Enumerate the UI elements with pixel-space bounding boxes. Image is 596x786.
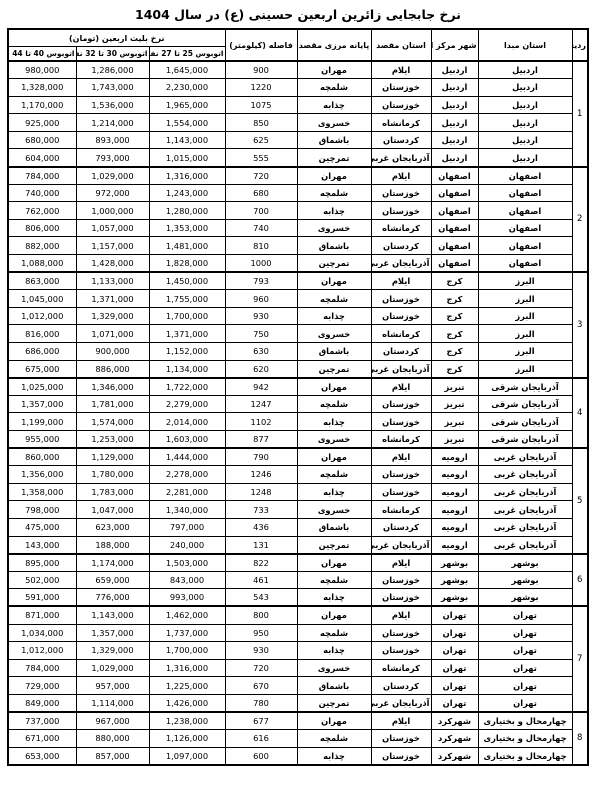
price-25-27-cell: 1,126,000 xyxy=(149,730,225,748)
price-40-44-cell: 1,328,000 xyxy=(8,79,76,97)
price-25-27-cell: 1,828,000 xyxy=(149,255,225,273)
price-25-27-cell: 993,000 xyxy=(149,589,225,607)
center-city-cell: بوشهر xyxy=(431,589,478,607)
border-terminal-cell: تمرچین xyxy=(297,536,371,554)
border-terminal-cell: شلمچه xyxy=(297,624,371,642)
price-30-32-cell: 1,129,000 xyxy=(76,448,149,466)
distance-cell: 1000 xyxy=(225,255,297,273)
table-row: چهارمحال و بختیاریشهرکردخوزستانچذابه6001… xyxy=(8,747,588,765)
dest-province-cell: خوزستان xyxy=(371,202,431,220)
price-25-27-cell: 1,280,000 xyxy=(149,202,225,220)
center-city-cell: اردبیل xyxy=(431,131,478,149)
dest-province-cell: خوزستان xyxy=(371,413,431,431)
price-25-27-cell: 1,700,000 xyxy=(149,642,225,660)
distance-cell: 680 xyxy=(225,184,297,202)
origin-province-cell: اصفهان xyxy=(478,184,572,202)
origin-province-cell: تهران xyxy=(478,677,572,695)
origin-province-cell: البرز xyxy=(478,290,572,308)
price-25-27-cell: 1,225,000 xyxy=(149,677,225,695)
border-terminal-cell: تمرچین xyxy=(297,255,371,273)
distance-cell: 555 xyxy=(225,149,297,167)
price-30-32-cell: 1,286,000 xyxy=(76,61,149,79)
price-30-32-cell: 893,000 xyxy=(76,131,149,149)
price-40-44-cell: 1,025,000 xyxy=(8,378,76,396)
origin-province-cell: البرز xyxy=(478,360,572,378)
price-25-27-cell: 1,755,000 xyxy=(149,290,225,308)
row-number-cell: 8 xyxy=(572,712,588,765)
price-40-44-cell: 871,000 xyxy=(8,606,76,624)
distance-cell: 677 xyxy=(225,712,297,730)
distance-cell: 850 xyxy=(225,114,297,132)
border-terminal-cell: باشماق xyxy=(297,677,371,695)
table-row: آذربایجان شرقیتبریزخوزستانچذابه11022,014… xyxy=(8,413,588,431)
distance-cell: 1247 xyxy=(225,395,297,413)
origin-province-cell: تهران xyxy=(478,659,572,677)
price-25-27-cell: 797,000 xyxy=(149,518,225,536)
dest-province-cell: آذربایجان غربی xyxy=(371,255,431,273)
price-25-27-cell: 1,353,000 xyxy=(149,219,225,237)
header-border-terminal: پایانه مرزی مقصد xyxy=(297,29,371,61)
price-30-32-cell: 1,214,000 xyxy=(76,114,149,132)
border-terminal-cell: شلمچه xyxy=(297,290,371,308)
distance-cell: 780 xyxy=(225,694,297,712)
dest-province-cell: کردستان xyxy=(371,343,431,361)
border-terminal-cell: شلمچه xyxy=(297,79,371,97)
table-row: آذربایجان غربیارومیهکردستانباشماق436797,… xyxy=(8,518,588,536)
dest-province-cell: ایلام xyxy=(371,712,431,730)
border-terminal-cell: مهران xyxy=(297,554,371,572)
center-city-cell: اردبیل xyxy=(431,149,478,167)
center-city-cell: شهرکرد xyxy=(431,747,478,765)
border-terminal-cell: شلمچه xyxy=(297,395,371,413)
dest-province-cell: ایلام xyxy=(371,606,431,624)
price-25-27-cell: 1,134,000 xyxy=(149,360,225,378)
table-row: آذربایجان شرقیتبریزخوزستانشلمچه12472,279… xyxy=(8,395,588,413)
dest-province-cell: خوزستان xyxy=(371,307,431,325)
price-25-27-cell: 1,737,000 xyxy=(149,624,225,642)
origin-province-cell: اردبیل xyxy=(478,149,572,167)
center-city-cell: ارومیه xyxy=(431,466,478,484)
price-30-32-cell: 880,000 xyxy=(76,730,149,748)
origin-province-cell: چهارمحال و بختیاری xyxy=(478,730,572,748)
origin-province-cell: اردبیل xyxy=(478,61,572,79)
price-25-27-cell: 1,097,000 xyxy=(149,747,225,765)
row-number-cell: 3 xyxy=(572,272,588,378)
price-30-32-cell: 972,000 xyxy=(76,184,149,202)
distance-cell: 630 xyxy=(225,343,297,361)
dest-province-cell: کرمانشاه xyxy=(371,430,431,448)
row-number-cell: 4 xyxy=(572,378,588,448)
price-30-32-cell: 1,157,000 xyxy=(76,237,149,255)
dest-province-cell: ایلام xyxy=(371,272,431,290)
table-row: تهرانتهرانآذربایجان غربیتمرچین7801,426,0… xyxy=(8,694,588,712)
dest-province-cell: خوزستان xyxy=(371,730,431,748)
center-city-cell: تهران xyxy=(431,659,478,677)
center-city-cell: تبریز xyxy=(431,430,478,448)
border-terminal-cell: باشماق xyxy=(297,518,371,536)
center-city-cell: تبریز xyxy=(431,413,478,431)
table-row: آذربایجان شرقیتبریزکرمانشاهخسروی8771,603… xyxy=(8,430,588,448)
center-city-cell: کرج xyxy=(431,272,478,290)
distance-cell: 600 xyxy=(225,747,297,765)
price-30-32-cell: 857,000 xyxy=(76,747,149,765)
price-30-32-cell: 1,057,000 xyxy=(76,219,149,237)
distance-cell: 877 xyxy=(225,430,297,448)
border-terminal-cell: مهران xyxy=(297,606,371,624)
origin-province-cell: اصفهان xyxy=(478,167,572,185)
origin-province-cell: البرز xyxy=(478,272,572,290)
border-terminal-cell: باشماق xyxy=(297,131,371,149)
dest-province-cell: ایلام xyxy=(371,61,431,79)
table-row: اصفهاناصفهانخوزستانچذابه7001,280,0001,00… xyxy=(8,202,588,220)
table-row: البرزکرجکرمانشاهخسروی7501,371,0001,071,0… xyxy=(8,325,588,343)
price-30-32-cell: 1,047,000 xyxy=(76,501,149,519)
distance-cell: 543 xyxy=(225,589,297,607)
center-city-cell: اصفهان xyxy=(431,237,478,255)
center-city-cell: ارومیه xyxy=(431,448,478,466)
center-city-cell: ارومیه xyxy=(431,501,478,519)
border-terminal-cell: چذابه xyxy=(297,483,371,501)
border-terminal-cell: مهران xyxy=(297,448,371,466)
header-distance: فاصله (کیلومتر) xyxy=(225,29,297,61)
center-city-cell: بوشهر xyxy=(431,554,478,572)
distance-cell: 800 xyxy=(225,606,297,624)
price-40-44-cell: 1,170,000 xyxy=(8,96,76,114)
table-row: 2اصفهاناصفهانایلاممهران7201,316,0001,029… xyxy=(8,167,588,185)
price-25-27-cell: 2,281,000 xyxy=(149,483,225,501)
center-city-cell: تهران xyxy=(431,694,478,712)
distance-cell: 1102 xyxy=(225,413,297,431)
table-row: اردبیلاردبیلخوزستانچذابه10751,965,0001,5… xyxy=(8,96,588,114)
distance-cell: 930 xyxy=(225,307,297,325)
distance-cell: 822 xyxy=(225,554,297,572)
center-city-cell: اصفهان xyxy=(431,184,478,202)
price-25-27-cell: 1,503,000 xyxy=(149,554,225,572)
price-30-32-cell: 1,029,000 xyxy=(76,167,149,185)
center-city-cell: ارومیه xyxy=(431,483,478,501)
price-40-44-cell: 798,000 xyxy=(8,501,76,519)
dest-province-cell: کردستان xyxy=(371,677,431,695)
dest-province-cell: خوزستان xyxy=(371,290,431,308)
row-number-cell: 1 xyxy=(572,61,588,167)
price-30-32-cell: 1,329,000 xyxy=(76,307,149,325)
origin-province-cell: البرز xyxy=(478,343,572,361)
header-center-city: شهر مرکز استان xyxy=(431,29,478,61)
center-city-cell: اردبیل xyxy=(431,79,478,97)
price-40-44-cell: 653,000 xyxy=(8,747,76,765)
price-30-32-cell: 1,029,000 xyxy=(76,659,149,677)
border-terminal-cell: خسروی xyxy=(297,325,371,343)
price-25-27-cell: 2,230,000 xyxy=(149,79,225,97)
header-origin-province: استان مبدا xyxy=(478,29,572,61)
price-40-44-cell: 143,000 xyxy=(8,536,76,554)
center-city-cell: تبریز xyxy=(431,395,478,413)
dest-province-cell: آذربایجان غربی xyxy=(371,536,431,554)
dest-province-cell: خوزستان xyxy=(371,184,431,202)
origin-province-cell: اردبیل xyxy=(478,79,572,97)
center-city-cell: تهران xyxy=(431,677,478,695)
dest-province-cell: ایلام xyxy=(371,448,431,466)
price-40-44-cell: 591,000 xyxy=(8,589,76,607)
border-terminal-cell: شلمچه xyxy=(297,730,371,748)
origin-province-cell: تهران xyxy=(478,694,572,712)
price-30-32-cell: 1,428,000 xyxy=(76,255,149,273)
price-40-44-cell: 686,000 xyxy=(8,343,76,361)
distance-cell: 790 xyxy=(225,448,297,466)
price-25-27-cell: 240,000 xyxy=(149,536,225,554)
price-25-27-cell: 1,645,000 xyxy=(149,61,225,79)
distance-cell: 750 xyxy=(225,325,297,343)
dest-province-cell: کردستان xyxy=(371,518,431,536)
table-row: تهرانتهرانکرمانشاهخسروی7201,316,0001,029… xyxy=(8,659,588,677)
table-row: 1اردبیلاردبیلایلاممهران9001,645,0001,286… xyxy=(8,61,588,79)
origin-province-cell: اصفهان xyxy=(478,219,572,237)
dest-province-cell: ایلام xyxy=(371,167,431,185)
price-40-44-cell: 1,358,000 xyxy=(8,483,76,501)
border-terminal-cell: خسروی xyxy=(297,219,371,237)
price-25-27-cell: 2,014,000 xyxy=(149,413,225,431)
price-30-32-cell: 623,000 xyxy=(76,518,149,536)
dest-province-cell: خوزستان xyxy=(371,79,431,97)
border-terminal-cell: چذابه xyxy=(297,413,371,431)
price-40-44-cell: 729,000 xyxy=(8,677,76,695)
center-city-cell: ارومیه xyxy=(431,536,478,554)
price-40-44-cell: 502,000 xyxy=(8,571,76,589)
price-40-44-cell: 863,000 xyxy=(8,272,76,290)
distance-cell: 625 xyxy=(225,131,297,149)
table-row: 8چهارمحال و بختیاریشهرکردایلاممهران6771,… xyxy=(8,712,588,730)
dest-province-cell: کردستان xyxy=(371,131,431,149)
center-city-cell: کرج xyxy=(431,307,478,325)
price-40-44-cell: 925,000 xyxy=(8,114,76,132)
origin-province-cell: اردبیل xyxy=(478,114,572,132)
row-number-cell: 7 xyxy=(572,606,588,712)
origin-province-cell: تهران xyxy=(478,642,572,660)
price-25-27-cell: 1,603,000 xyxy=(149,430,225,448)
price-25-27-cell: 1,143,000 xyxy=(149,131,225,149)
row-number-cell: 6 xyxy=(572,554,588,607)
dest-province-cell: آذربایجان غربی xyxy=(371,360,431,378)
center-city-cell: اصفهان xyxy=(431,202,478,220)
center-city-cell: اصفهان xyxy=(431,255,478,273)
price-25-27-cell: 1,965,000 xyxy=(149,96,225,114)
table-row: 6بوشهربوشهرایلاممهران8221,503,0001,174,0… xyxy=(8,554,588,572)
table-row: چهارمحال و بختیاریشهرکردخوزستانشلمچه6161… xyxy=(8,730,588,748)
table-body: 1اردبیلاردبیلایلاممهران9001,645,0001,286… xyxy=(8,61,588,765)
center-city-cell: اردبیل xyxy=(431,61,478,79)
dest-province-cell: خوزستان xyxy=(371,483,431,501)
border-terminal-cell: خسروی xyxy=(297,501,371,519)
border-terminal-cell: خسروی xyxy=(297,114,371,132)
distance-cell: 1220 xyxy=(225,79,297,97)
price-40-44-cell: 882,000 xyxy=(8,237,76,255)
price-25-27-cell: 1,371,000 xyxy=(149,325,225,343)
price-40-44-cell: 604,000 xyxy=(8,149,76,167)
dest-province-cell: خوزستان xyxy=(371,642,431,660)
price-30-32-cell: 1,174,000 xyxy=(76,554,149,572)
price-25-27-cell: 1,316,000 xyxy=(149,659,225,677)
distance-cell: 720 xyxy=(225,659,297,677)
page-title: نرخ جابجایی زائرین اربعین حسینی (ع) در س… xyxy=(0,0,596,28)
price-40-44-cell: 1,088,000 xyxy=(8,255,76,273)
dest-province-cell: کردستان xyxy=(371,237,431,255)
row-number-cell: 5 xyxy=(572,448,588,554)
origin-province-cell: تهران xyxy=(478,606,572,624)
row-number-cell: 2 xyxy=(572,167,588,273)
price-30-32-cell: 1,346,000 xyxy=(76,378,149,396)
price-30-32-cell: 1,253,000 xyxy=(76,430,149,448)
price-30-32-cell: 1,071,000 xyxy=(76,325,149,343)
price-30-32-cell: 793,000 xyxy=(76,149,149,167)
origin-province-cell: اردبیل xyxy=(478,131,572,149)
price-25-27-cell: 2,278,000 xyxy=(149,466,225,484)
center-city-cell: کرج xyxy=(431,290,478,308)
price-30-32-cell: 1,329,000 xyxy=(76,642,149,660)
table-row: اردبیلاردبیلکرمانشاهخسروی8501,554,0001,2… xyxy=(8,114,588,132)
distance-cell: 793 xyxy=(225,272,297,290)
price-25-27-cell: 1,316,000 xyxy=(149,167,225,185)
border-terminal-cell: چذابه xyxy=(297,747,371,765)
border-terminal-cell: خسروی xyxy=(297,659,371,677)
distance-cell: 950 xyxy=(225,624,297,642)
dest-province-cell: خوزستان xyxy=(371,589,431,607)
origin-province-cell: آذربایجان غربی xyxy=(478,466,572,484)
price-40-44-cell: 980,000 xyxy=(8,61,76,79)
distance-cell: 810 xyxy=(225,237,297,255)
border-terminal-cell: شلمچه xyxy=(297,466,371,484)
center-city-cell: تهران xyxy=(431,606,478,624)
border-terminal-cell: باشماق xyxy=(297,237,371,255)
distance-cell: 131 xyxy=(225,536,297,554)
table-row: اردبیلاردبیلآذربایجان غربیتمرچین5551,015… xyxy=(8,149,588,167)
origin-province-cell: آذربایجان غربی xyxy=(478,501,572,519)
distance-cell: 620 xyxy=(225,360,297,378)
center-city-cell: اصفهان xyxy=(431,167,478,185)
price-25-27-cell: 843,000 xyxy=(149,571,225,589)
center-city-cell: اردبیل xyxy=(431,96,478,114)
dest-province-cell: کرمانشاه xyxy=(371,501,431,519)
header-row-main: ردیف استان مبدا شهر مرکز استان استان مقص… xyxy=(8,29,588,47)
price-25-27-cell: 1,554,000 xyxy=(149,114,225,132)
dest-province-cell: کرمانشاه xyxy=(371,325,431,343)
origin-province-cell: آذربایجان غربی xyxy=(478,536,572,554)
border-terminal-cell: چذابه xyxy=(297,642,371,660)
price-40-44-cell: 671,000 xyxy=(8,730,76,748)
price-25-27-cell: 2,279,000 xyxy=(149,395,225,413)
table-row: البرزکرجکردستانباشماق6301,152,000900,000… xyxy=(8,343,588,361)
center-city-cell: اصفهان xyxy=(431,219,478,237)
border-terminal-cell: چذابه xyxy=(297,589,371,607)
table-row: تهرانتهرانکردستانباشماق6701,225,000957,0… xyxy=(8,677,588,695)
header-bus-30-32: اتوبوس 30 تا 32 نفره xyxy=(76,47,149,62)
origin-province-cell: آذربایجان شرقی xyxy=(478,378,572,396)
border-terminal-cell: مهران xyxy=(297,712,371,730)
distance-cell: 1075 xyxy=(225,96,297,114)
origin-province-cell: اصفهان xyxy=(478,237,572,255)
price-25-27-cell: 1,444,000 xyxy=(149,448,225,466)
price-40-44-cell: 762,000 xyxy=(8,202,76,220)
price-30-32-cell: 1,574,000 xyxy=(76,413,149,431)
price-40-44-cell: 1,357,000 xyxy=(8,395,76,413)
distance-cell: 942 xyxy=(225,378,297,396)
price-40-44-cell: 1,012,000 xyxy=(8,642,76,660)
price-40-44-cell: 816,000 xyxy=(8,325,76,343)
price-25-27-cell: 1,722,000 xyxy=(149,378,225,396)
dest-province-cell: کرمانشاه xyxy=(371,659,431,677)
origin-province-cell: آذربایجان شرقی xyxy=(478,395,572,413)
origin-province-cell: البرز xyxy=(478,325,572,343)
price-30-32-cell: 900,000 xyxy=(76,343,149,361)
header-dest-province: استان مقصد xyxy=(371,29,431,61)
price-40-44-cell: 849,000 xyxy=(8,694,76,712)
price-40-44-cell: 740,000 xyxy=(8,184,76,202)
dest-province-cell: خوزستان xyxy=(371,466,431,484)
origin-province-cell: آذربایجان شرقی xyxy=(478,413,572,431)
fare-table: ردیف استان مبدا شهر مرکز استان استان مقص… xyxy=(7,28,589,766)
border-terminal-cell: شلمچه xyxy=(297,571,371,589)
border-terminal-cell: چذابه xyxy=(297,96,371,114)
table-row: اصفهاناصفهانکردستانباشماق8101,481,0001,1… xyxy=(8,237,588,255)
distance-cell: 461 xyxy=(225,571,297,589)
center-city-cell: تبریز xyxy=(431,378,478,396)
table-row: آذربایجان غربیارومیهکرمانشاهخسروی7331,34… xyxy=(8,501,588,519)
table-row: البرزکرجخوزستانچذابه9301,700,0001,329,00… xyxy=(8,307,588,325)
origin-province-cell: چهارمحال و بختیاری xyxy=(478,712,572,730)
origin-province-cell: بوشهر xyxy=(478,571,572,589)
border-terminal-cell: تمرچین xyxy=(297,694,371,712)
table-row: بوشهربوشهرخوزستانچذابه543993,000776,0005… xyxy=(8,589,588,607)
distance-cell: 720 xyxy=(225,167,297,185)
price-40-44-cell: 1,199,000 xyxy=(8,413,76,431)
price-40-44-cell: 955,000 xyxy=(8,430,76,448)
border-terminal-cell: چذابه xyxy=(297,307,371,325)
center-city-cell: تهران xyxy=(431,642,478,660)
price-30-32-cell: 1,371,000 xyxy=(76,290,149,308)
dest-province-cell: کرمانشاه xyxy=(371,219,431,237)
dest-province-cell: خوزستان xyxy=(371,395,431,413)
distance-cell: 616 xyxy=(225,730,297,748)
dest-province-cell: آذربایجان غربی xyxy=(371,694,431,712)
table-row: تهرانتهرانخوزستانشلمچه9501,737,0001,357,… xyxy=(8,624,588,642)
dest-province-cell: خوزستان xyxy=(371,96,431,114)
dest-province-cell: آذربایجان غربی xyxy=(371,149,431,167)
table-row: آذربایجان غربیارومیهخوزستانچذابه12482,28… xyxy=(8,483,588,501)
price-30-32-cell: 1,783,000 xyxy=(76,483,149,501)
dest-province-cell: کرمانشاه xyxy=(371,114,431,132)
header-row-number: ردیف xyxy=(572,29,588,61)
price-25-27-cell: 1,481,000 xyxy=(149,237,225,255)
table-row: 4آذربایجان شرقیتبریزایلاممهران9421,722,0… xyxy=(8,378,588,396)
center-city-cell: ارومیه xyxy=(431,518,478,536)
distance-cell: 1248 xyxy=(225,483,297,501)
price-25-27-cell: 1,152,000 xyxy=(149,343,225,361)
origin-province-cell: اصفهان xyxy=(478,202,572,220)
price-30-32-cell: 1,357,000 xyxy=(76,624,149,642)
border-terminal-cell: مهران xyxy=(297,61,371,79)
table-row: اردبیلاردبیلخوزستانشلمچه12202,230,0001,7… xyxy=(8,79,588,97)
border-terminal-cell: تمرچین xyxy=(297,149,371,167)
price-30-32-cell: 188,000 xyxy=(76,536,149,554)
distance-cell: 960 xyxy=(225,290,297,308)
table-header: ردیف استان مبدا شهر مرکز استان استان مقص… xyxy=(8,29,588,61)
origin-province-cell: اردبیل xyxy=(478,96,572,114)
header-bus-25-27: اتوبوس 25 تا 27 نفره xyxy=(149,47,225,62)
price-40-44-cell: 475,000 xyxy=(8,518,76,536)
center-city-cell: شهرکرد xyxy=(431,712,478,730)
distance-cell: 436 xyxy=(225,518,297,536)
table-row: آذربایجان غربیارومیهآذربایجان غربیتمرچین… xyxy=(8,536,588,554)
table-row: اردبیلاردبیلکردستانباشماق6251,143,000893… xyxy=(8,131,588,149)
